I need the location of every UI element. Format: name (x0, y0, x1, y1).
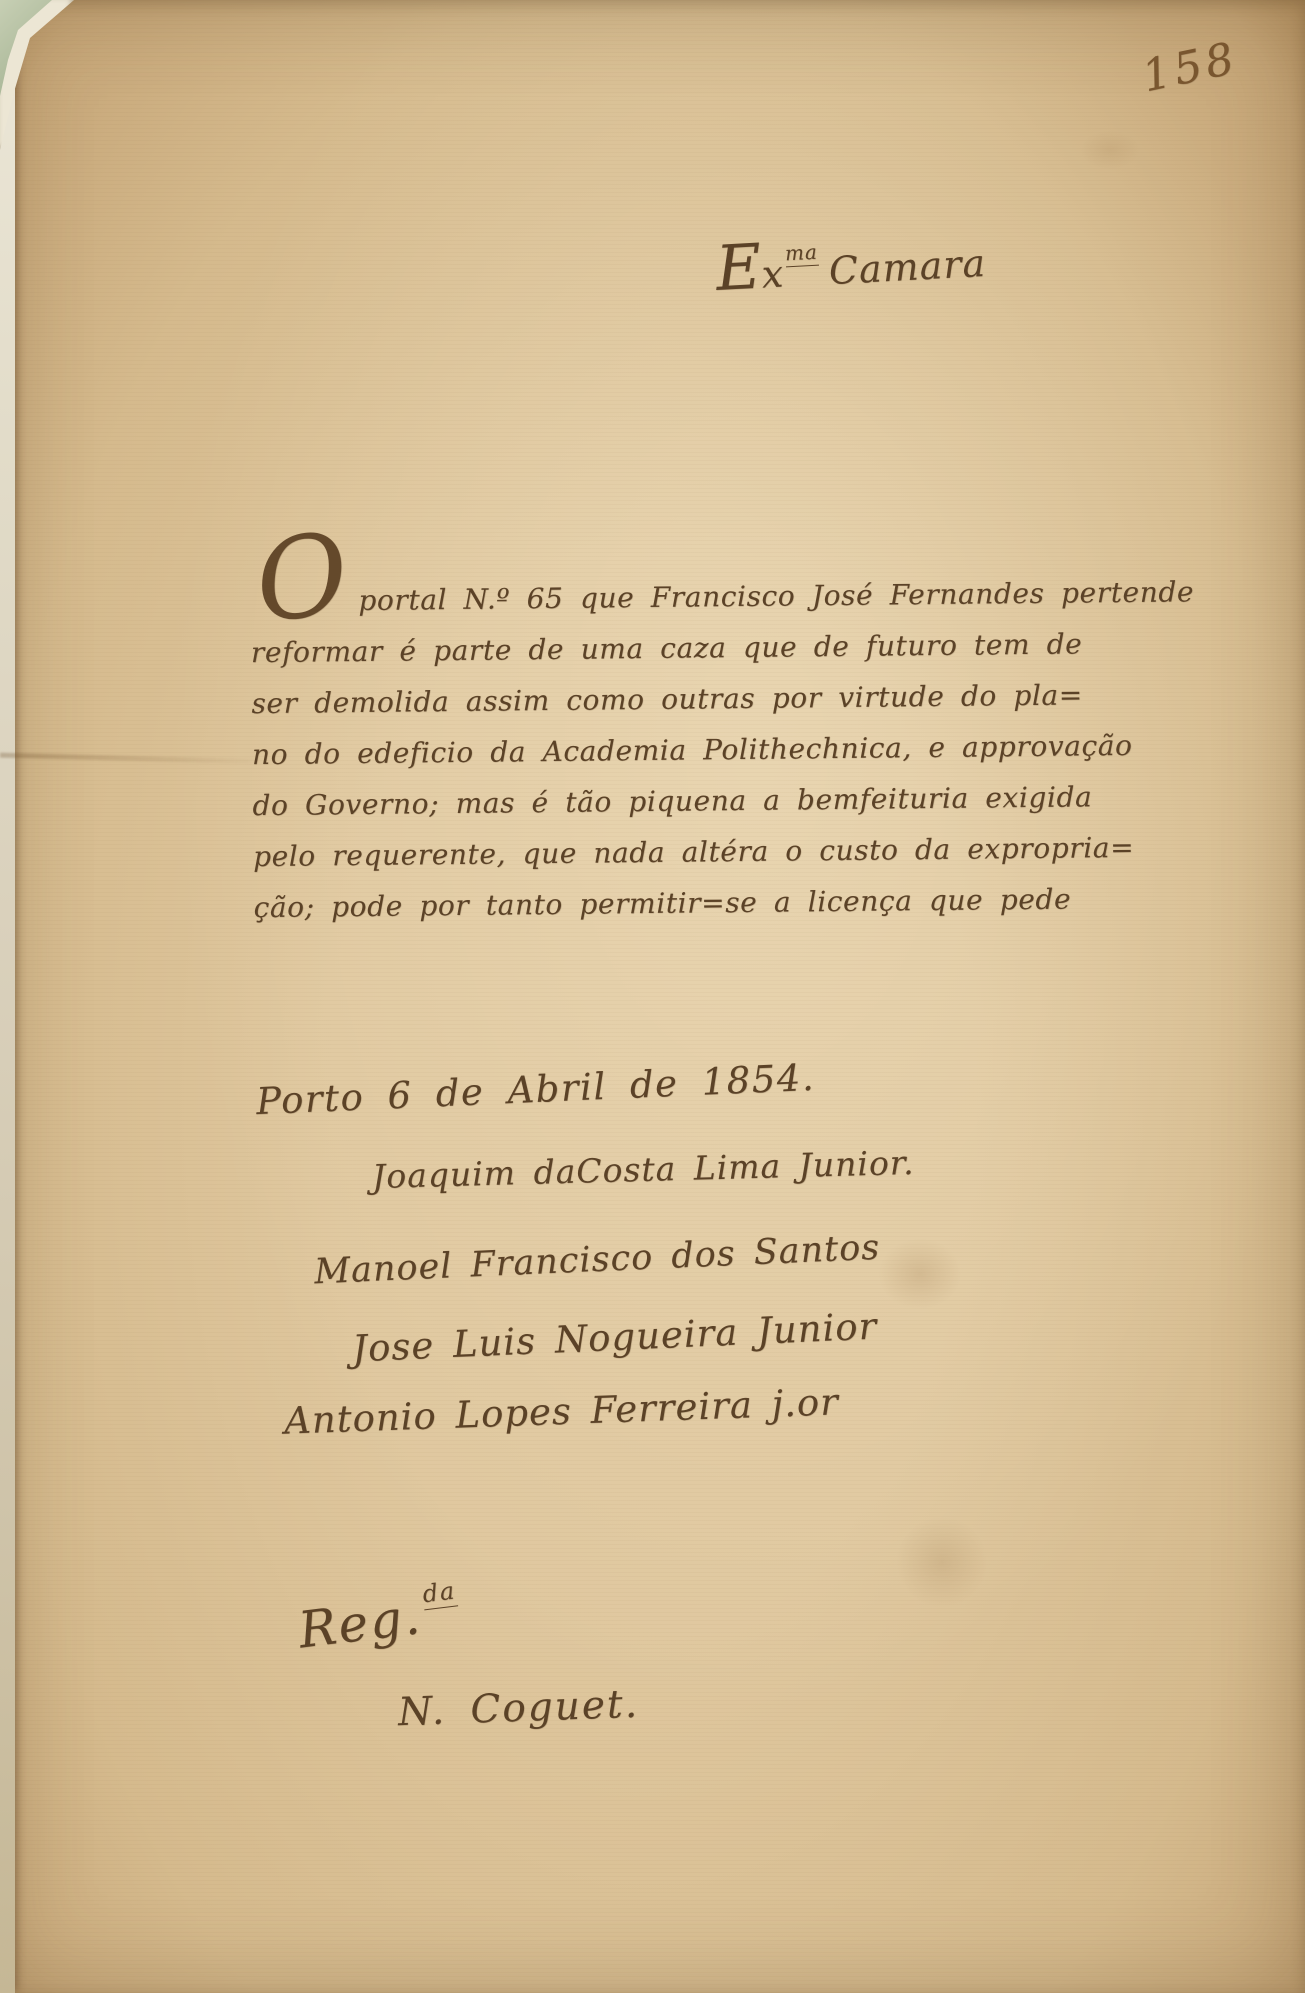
body-line: ção; pode por tanto permitir=se a licenç… (253, 874, 1043, 933)
signature: Joaquim daCosta Lima Junior. (372, 1143, 915, 1196)
body-line: ser demolida assim como outras por virtu… (251, 670, 1041, 729)
body-paragraph: O portal N.º 65 que Francisco José Ferna… (250, 568, 1044, 933)
signature: Manoel Francisco dos Santos (313, 1228, 881, 1293)
body-line: do Governo; mas é tão piquena a bemfeitu… (252, 772, 1042, 831)
salutation-title: Camara (828, 241, 987, 293)
body-line: reformar é parte de uma caza que de futu… (251, 619, 1041, 678)
scan-left-edge (0, 0, 15, 1993)
registration-label: Reg.da (295, 1576, 462, 1659)
salutation-prefix-rest: x (760, 252, 785, 297)
paper-stain (878, 1238, 962, 1310)
paper-stain (1080, 130, 1140, 170)
salutation-initial: E (714, 230, 763, 305)
decorative-initial: O (254, 548, 352, 609)
paper-crease (0, 753, 275, 765)
dateline: Porto 6 de Abril de 1854. (255, 1056, 816, 1123)
signature: Antonio Lopes Ferreira j.or (283, 1380, 839, 1442)
paper-stain (896, 1516, 988, 1608)
signature: Jose Luis Nogueira Junior (351, 1305, 878, 1371)
body-line: no do edeficio da Academia Polithechnica… (252, 721, 1042, 780)
body-line: pelo requerente, que nada altéra o custo… (253, 823, 1043, 882)
clerk-signature: N. Coguet. (397, 1682, 639, 1735)
salutation: ExmaCamara (715, 231, 987, 299)
manuscript-page: 158 ExmaCamara O portal N.º 65 que Franc… (0, 0, 1305, 1993)
body-line: portal N.º 65 que Francisco José Fernand… (250, 568, 1040, 627)
salutation-superscript: ma (784, 240, 818, 268)
page-number: 158 (1138, 33, 1242, 103)
registration-superscript: da (421, 1576, 458, 1610)
registration-abbr: Reg. (295, 1587, 424, 1660)
